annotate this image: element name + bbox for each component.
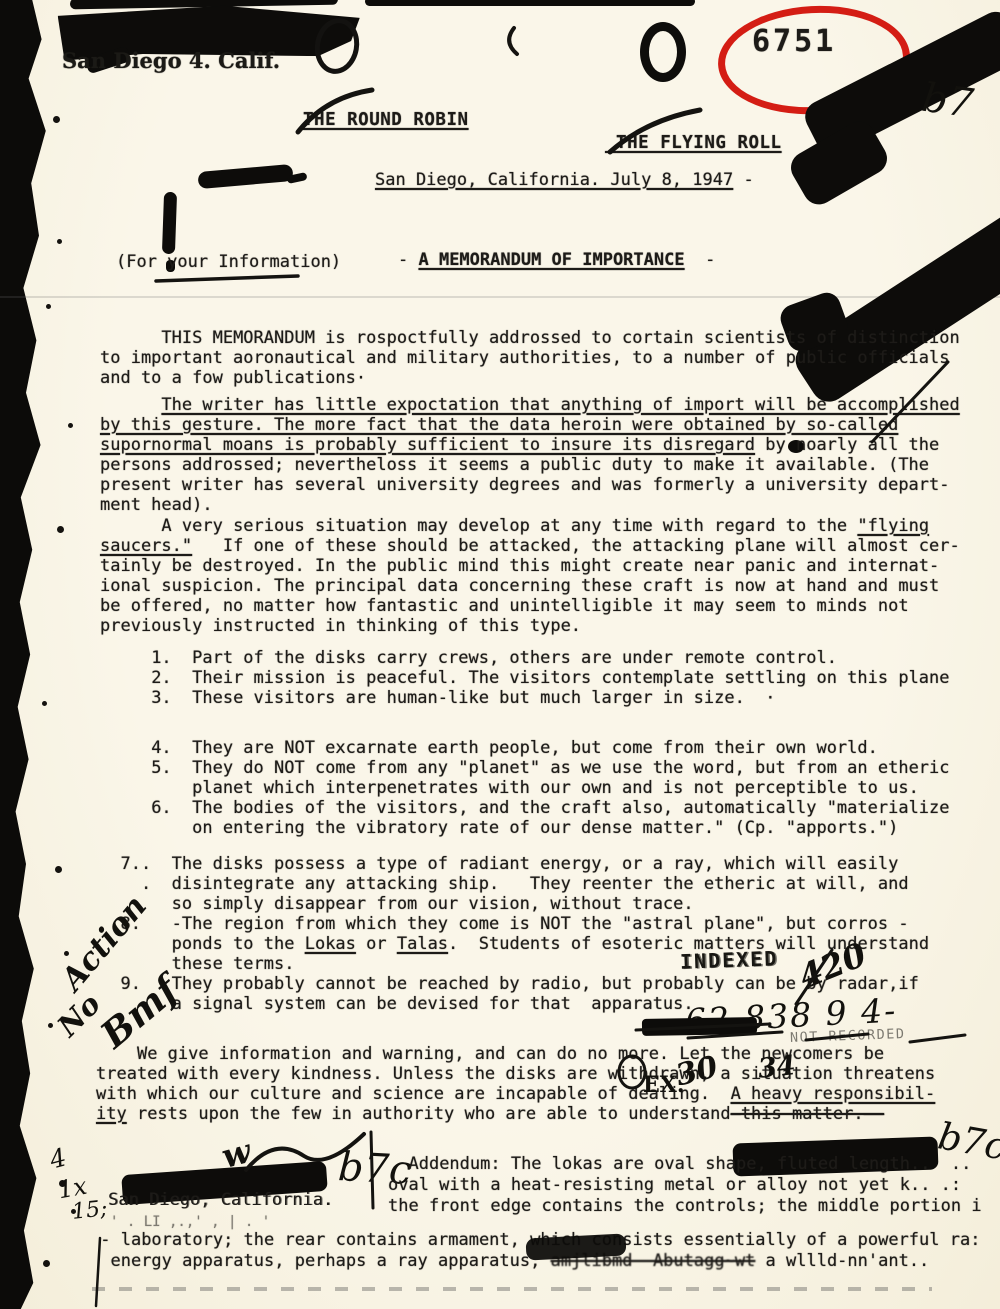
addendum-location: San Diego, California. — [108, 1190, 333, 1210]
lokas-term: Lokas — [305, 934, 356, 954]
or-word: or — [356, 934, 397, 954]
paragraph-3: A very serious situation may develop at … — [100, 516, 1000, 636]
scanned-memo-page: San Diego 4. Calif. 6751 b7 THE ROUND RO… — [0, 0, 1000, 1309]
for-your-information: (For your Information) — [116, 252, 341, 272]
file-number-6751: 6751 — [752, 32, 836, 52]
memo-title-line: - A MEMORANDUM OF IMPORTANCE - — [398, 250, 715, 270]
handwritten-34: 34 — [756, 1050, 797, 1085]
faded-bottom-line — [92, 1287, 932, 1291]
handwritten-b7: b7 — [919, 75, 976, 128]
scan-speckles — [0, 0, 3, 3]
paragraph-2: The writer has little expoctation that a… — [100, 395, 1000, 515]
ink-smudge-vertical — [162, 192, 177, 254]
title-round-robin-text: THE ROUND ROBIN — [303, 110, 469, 130]
title-round-robin: THE ROUND ROBIN — [303, 110, 469, 130]
scan-line-artifact — [0, 296, 1000, 298]
scan-edge-artifact — [0, 0, 52, 1309]
ink-blob — [197, 164, 293, 189]
hole-punch-ring-right — [640, 22, 686, 82]
handwritten-15-mark: 15; — [71, 1196, 109, 1225]
dateline-dash: - — [733, 170, 753, 190]
addendum-line-2: energy apparatus, perhaps a ray apparatu… — [90, 1251, 551, 1271]
memo-title: A MEMORANDUM OF IMPORTANCE — [418, 250, 684, 270]
memo-prefix: - — [398, 250, 418, 270]
final-struck-text: —this matter.—— — [731, 1104, 885, 1124]
list-items-4-6: 4. They are NOT excarnate earth people, … — [100, 738, 1000, 838]
title-flying-roll-text: THE FLYING ROLL — [605, 133, 782, 153]
not-recorded-stamp: NOT RECORDED — [790, 1026, 906, 1046]
san-diego-stamp: San Diego 4. Calif. — [62, 48, 280, 73]
list-items-1-3: 1. Part of the disks carry crews, others… — [100, 648, 1000, 708]
addendum-right-block: Addendum: The lokas are oval shape, flut… — [388, 1154, 998, 1217]
final-paragraph: We give information and warning, and can… — [96, 1044, 996, 1124]
final-b: rests upon the few in authority who are … — [127, 1104, 731, 1124]
handwritten-no: No — [51, 987, 107, 1043]
dateline: San Diego, California. July 8, 1947 - — [375, 170, 754, 190]
top-edge-streak-2 — [365, 0, 695, 6]
dateline-text: San Diego, California. July 8, 1947 — [375, 170, 733, 190]
redacted-struck-word — [642, 1017, 757, 1036]
paragraph-1: THIS MEMORANDUM is rospoctfully addrosse… — [100, 328, 1000, 388]
paragraph-3-a: A very serious situation may develop at … — [100, 516, 857, 536]
handwritten-4-mark: 4 — [47, 1142, 70, 1174]
faded-garble-line: ' . LI ,.,' , | . ' — [110, 1212, 270, 1232]
paragraph-3-b: If one of these should be attacked, the … — [100, 536, 960, 636]
paragraph-2-indent — [100, 395, 161, 415]
title-flying-roll: THE FLYING ROLL — [605, 133, 782, 153]
talas-term: Talas — [397, 934, 448, 954]
indexed-stamp: INDEXED — [680, 946, 779, 973]
memo-suffix: - — [685, 250, 716, 270]
addendum-line-2-end: a wllld-nn'ant.. — [755, 1251, 929, 1271]
list-items-7-9: 7.. The disks possess a type of radiant … — [100, 854, 1000, 1014]
